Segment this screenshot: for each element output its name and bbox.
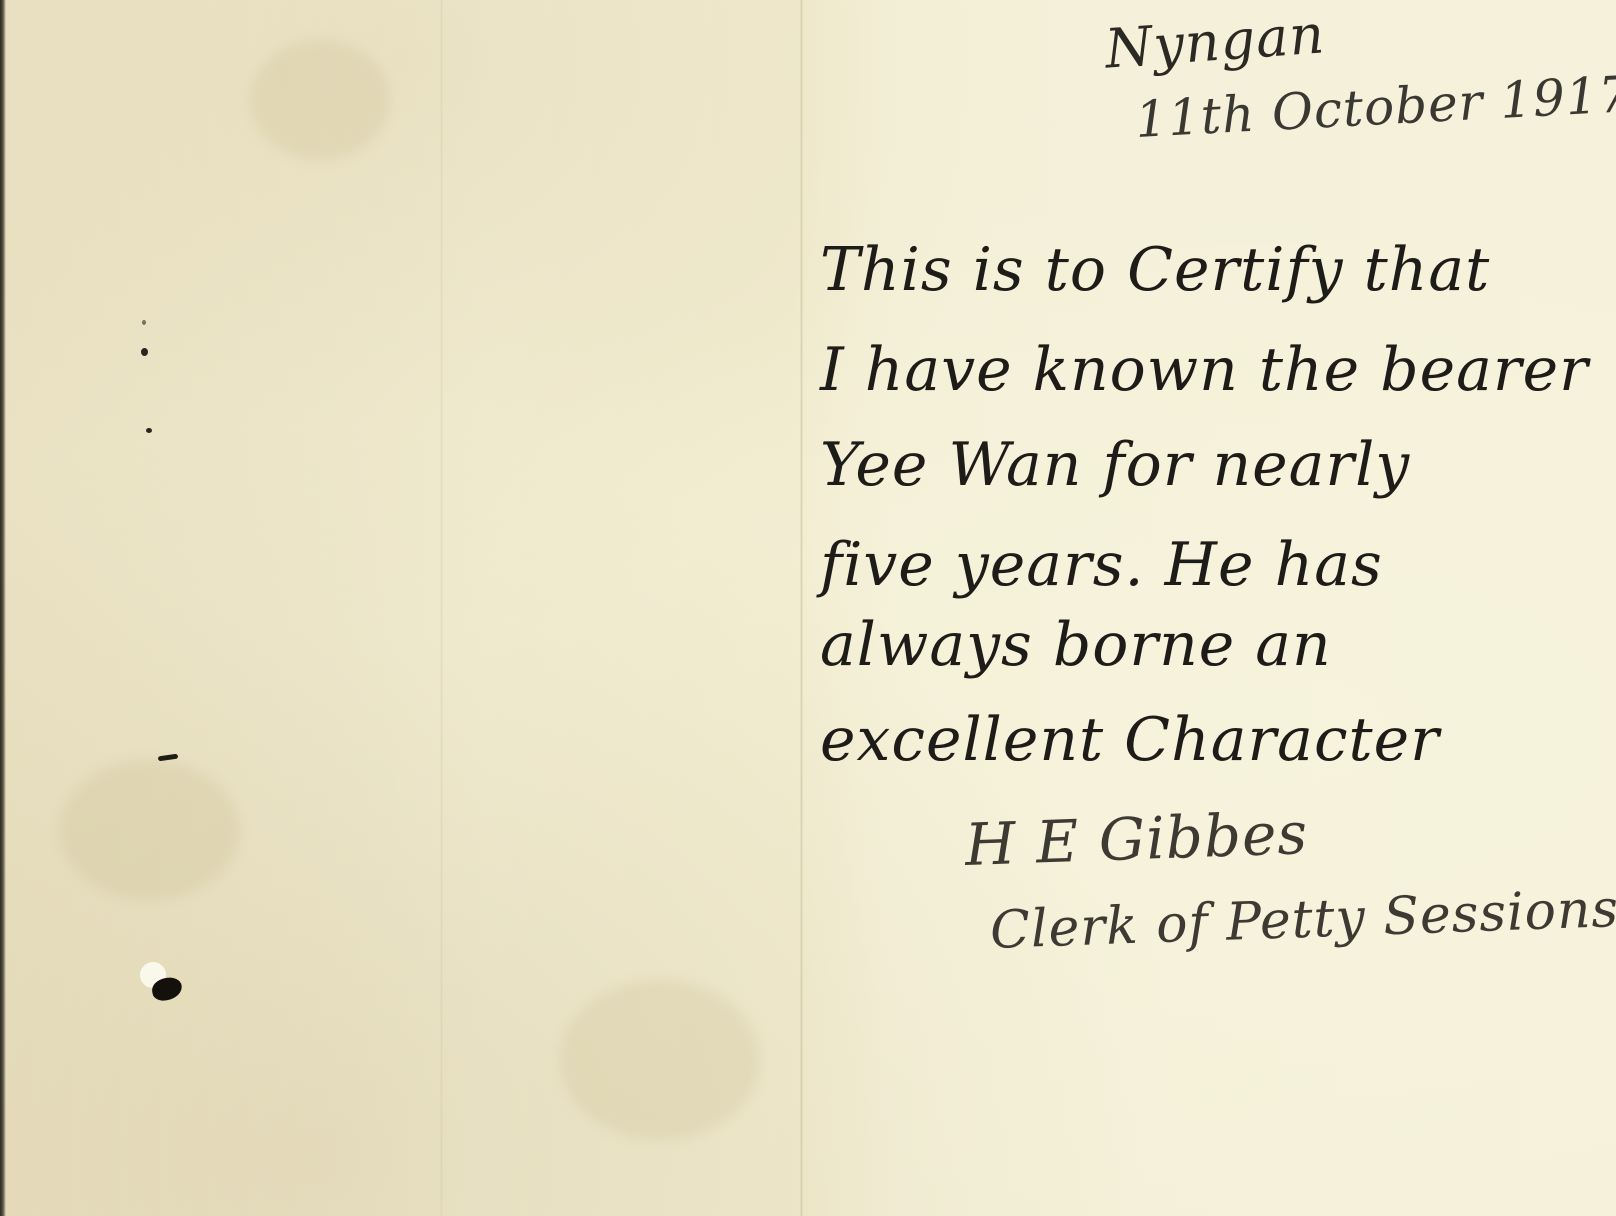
- letter-text-area: Nyngan 11th October 1917 This is to Cert…: [800, 0, 1616, 1216]
- letter-body-line: Yee Wan for nearly: [820, 430, 1410, 500]
- ink-speck: [146, 428, 152, 433]
- letter-date: 11th October 1917: [1134, 65, 1616, 149]
- letter-body-line: This is to Certify that: [820, 235, 1490, 305]
- paper-fold-crease-left: [440, 0, 443, 1216]
- paper-stain: [250, 40, 390, 160]
- letter-body-line: excellent Character: [820, 705, 1440, 775]
- paper-stain: [60, 760, 240, 900]
- page-left-edge-shadow: [0, 0, 6, 1216]
- ink-speck: [141, 348, 148, 356]
- letter-body-line: five years. He has: [820, 530, 1383, 600]
- signature-title: Clerk of Petty Sessions: [989, 879, 1616, 961]
- letter-body-line: always borne an: [820, 610, 1332, 680]
- document-page: Nyngan 11th October 1917 This is to Cert…: [0, 0, 1616, 1216]
- ink-dash-mark: [158, 754, 179, 762]
- letter-place: Nyngan: [1103, 2, 1327, 80]
- ink-speck: [142, 320, 146, 325]
- paper-stain: [560, 980, 760, 1140]
- signature-name: H E Gibbes: [964, 799, 1309, 879]
- letter-body-line: I have known the bearer: [820, 335, 1589, 405]
